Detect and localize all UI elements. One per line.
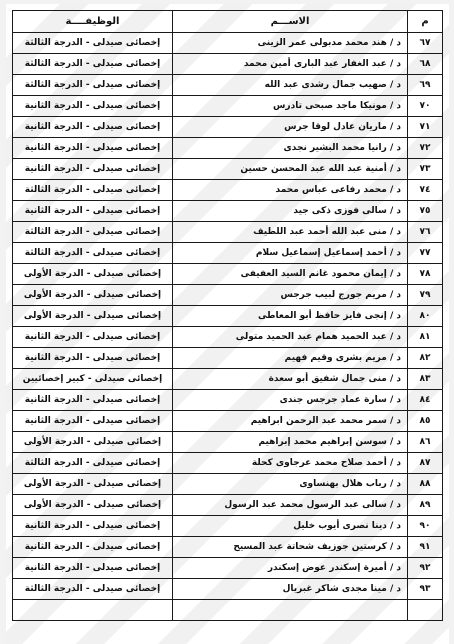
header-number: م — [408, 11, 443, 33]
row-job: إخصائى صيدلى - الدرجة الثانية — [13, 537, 173, 558]
row-number: ٧٩ — [408, 285, 443, 306]
row-name: د / هند محمد مدبولى عمر الزينى — [173, 33, 408, 54]
row-number: ٨٢ — [408, 348, 443, 369]
row-job: إخصائى صيدلى - الدرجة الأولى — [13, 306, 173, 327]
row-name: د / سارة عماد جرجس جندى — [173, 390, 408, 411]
table-row: ٧٠د / مونيكا ماجد صبحى تادرسإخصائى صيدلى… — [13, 96, 443, 117]
row-name: د / منى جمال شفيق أبو سعدة — [173, 369, 408, 390]
row-name: د / محمد رفاعى عباس محمد — [173, 180, 408, 201]
table-row: ٨٤د / سارة عماد جرجس جندىإخصائى صيدلى - … — [13, 390, 443, 411]
row-job: إخصائى صيدلى - الدرجة الثالثة — [13, 222, 173, 243]
row-name: د / دينا نصرى أيوب خليل — [173, 516, 408, 537]
table-row: ٧٦د / منى عبد الله أحمد عبد اللطيفإخصائى… — [13, 222, 443, 243]
row-number: ٩١ — [408, 537, 443, 558]
row-job: إخصائى صيدلى - الدرجة الأولى — [13, 495, 173, 516]
row-name: د / سالى عبد الرسول محمد عبد الرسول — [173, 495, 408, 516]
row-job: إخصائى صيدلى - الدرجة الثانية — [13, 558, 173, 579]
row-job: إخصائى صيدلى - الدرجة الأولى — [13, 285, 173, 306]
table-row: ٨٥د / سمر محمد عبد الرحمن ابراهيمإخصائى … — [13, 411, 443, 432]
row-number: ٧٤ — [408, 180, 443, 201]
row-job: إخصائى صيدلى - الدرجة الثانية — [13, 348, 173, 369]
table-row: ٩١د / كرستين جوزيف شحاتة عبد المسيحإخصائ… — [13, 537, 443, 558]
row-number: ٧٦ — [408, 222, 443, 243]
table-row: ٨٦د / سوسن إبراهيم محمد إبراهيمإخصائى صي… — [13, 432, 443, 453]
table-row: ٧٨د / إيمان محمود غانم السيد العفيفىإخصا… — [13, 264, 443, 285]
row-name: د / أمنية عبد الله عبد المحسن حسين — [173, 159, 408, 180]
row-job — [13, 600, 173, 621]
header-job: الوظيفــــة — [13, 11, 173, 33]
row-job: إخصائى صيدلى - الدرجة الثالثة — [13, 453, 173, 474]
table-row: ٧٩د / مريم جورج لبيب جرجسإخصائى صيدلى - … — [13, 285, 443, 306]
row-name: د / سمر محمد عبد الرحمن ابراهيم — [173, 411, 408, 432]
table-row: ٨٨د / رباب هلال بهنساوىإخصائى صيدلى - ال… — [13, 474, 443, 495]
row-number: ٨٩ — [408, 495, 443, 516]
row-job: إخصائى صيدلى - الدرجة الثانية — [13, 96, 173, 117]
table-row: ٨٢د / مريم بشرى وقيم فهيمإخصائى صيدلى - … — [13, 348, 443, 369]
row-job: إخصائى صيدلى - الدرجة الأولى — [13, 474, 173, 495]
row-number: ٦٧ — [408, 33, 443, 54]
table-row: ٧٥د / سالى فوزى ذكى جيدإخصائى صيدلى - ال… — [13, 201, 443, 222]
row-number: ٩٢ — [408, 558, 443, 579]
table-row: ٨٧د / أحمد صلاح محمد عرجاوى كحلةإخصائى ص… — [13, 453, 443, 474]
header-row: م الاســـم الوظيفــــة — [13, 11, 443, 33]
row-number: ٨٧ — [408, 453, 443, 474]
row-name: د / سوسن إبراهيم محمد إبراهيم — [173, 432, 408, 453]
row-job: إخصائى صيدلى - الدرجة الثالثة — [13, 75, 173, 96]
header-name: الاســـم — [173, 11, 408, 33]
row-number: ٨٨ — [408, 474, 443, 495]
row-number: ٧٠ — [408, 96, 443, 117]
row-number: ٦٨ — [408, 54, 443, 75]
row-number: ٧٣ — [408, 159, 443, 180]
row-name: د / مينا مجدى شاكر غبريال — [173, 579, 408, 600]
row-job: إخصائى صيدلى - الدرجة الثالثة — [13, 54, 173, 75]
row-name: د / عبد الغفار عبد البارى أمين محمد — [173, 54, 408, 75]
row-name: د / رانيا محمد البشير نجدى — [173, 138, 408, 159]
table-row: ٨٩د / سالى عبد الرسول محمد عبد الرسولإخص… — [13, 495, 443, 516]
row-name: د / مونيكا ماجد صبحى تادرس — [173, 96, 408, 117]
table-row: ٧١د / ماريان عادل لوقا جرسإخصائى صيدلى -… — [13, 117, 443, 138]
row-job: إخصائى صيدلى - الدرجة الثانية — [13, 327, 173, 348]
row-name: د / إنجى فايز حافظ أبو المعاطى — [173, 306, 408, 327]
row-name: د / سالى فوزى ذكى جيد — [173, 201, 408, 222]
table-row: ٧٤د / محمد رفاعى عباس محمدإخصائى صيدلى -… — [13, 180, 443, 201]
row-number: ٨٠ — [408, 306, 443, 327]
row-job: إخصائى صيدلى - الدرجة الأولى — [13, 432, 173, 453]
row-job: إخصائى صيدلى - الدرجة الثانية — [13, 159, 173, 180]
row-job: إخصائى صيدلى - الدرجة الأولى — [13, 264, 173, 285]
row-number: ٩٠ — [408, 516, 443, 537]
table-row: ٨٠د / إنجى فايز حافظ أبو المعاطىإخصائى ص… — [13, 306, 443, 327]
row-number: ٨٣ — [408, 369, 443, 390]
row-job: إخصائى صيدلى - الدرجة الثالثة — [13, 243, 173, 264]
table-row: ٦٧د / هند محمد مدبولى عمر الزينىإخصائى ص… — [13, 33, 443, 54]
row-job: إخصائى صيدلى - الدرجة الثالثة — [13, 180, 173, 201]
table-row: ٧٢د / رانيا محمد البشير نجدىإخصائى صيدلى… — [13, 138, 443, 159]
row-number: ٧٧ — [408, 243, 443, 264]
table-row: ٧٧د / أحمد إسماعيل إسماعيل سلامإخصائى صي… — [13, 243, 443, 264]
row-name: د / مريم جورج لبيب جرجس — [173, 285, 408, 306]
row-number: ٨٥ — [408, 411, 443, 432]
row-name — [173, 600, 408, 621]
document-page: م الاســـم الوظيفــــة ٦٧د / هند محمد مد… — [6, 4, 449, 637]
row-name: د / كرستين جوزيف شحاتة عبد المسيح — [173, 537, 408, 558]
row-number — [408, 600, 443, 621]
row-job: إخصائى صيدلى - الدرجة الثانية — [13, 516, 173, 537]
row-number: ٨٦ — [408, 432, 443, 453]
row-name: د / ماريان عادل لوقا جرس — [173, 117, 408, 138]
row-number: ٧٢ — [408, 138, 443, 159]
table-row: ٦٨د / عبد الغفار عبد البارى أمين محمدإخص… — [13, 54, 443, 75]
row-job: إخصائى صيدلى - الدرجة الثانية — [13, 201, 173, 222]
row-name: د / عبد الحميد همام عبد الحميد متولى — [173, 327, 408, 348]
row-name: د / رباب هلال بهنساوى — [173, 474, 408, 495]
row-number: ٩٣ — [408, 579, 443, 600]
row-name: د / أحمد إسماعيل إسماعيل سلام — [173, 243, 408, 264]
row-number: ٨١ — [408, 327, 443, 348]
table-row — [13, 600, 443, 621]
row-number: ٦٩ — [408, 75, 443, 96]
row-number: ٧٨ — [408, 264, 443, 285]
row-job: إخصائى صيدلى - كبير إخصائيين — [13, 369, 173, 390]
row-job: إخصائى صيدلى - الدرجة الثانية — [13, 117, 173, 138]
row-name: د / أميرة إسكندر عوض إسكندر — [173, 558, 408, 579]
row-name: د / منى عبد الله أحمد عبد اللطيف — [173, 222, 408, 243]
row-number: ٧٥ — [408, 201, 443, 222]
pharmacists-table: م الاســـم الوظيفــــة ٦٧د / هند محمد مد… — [12, 10, 443, 621]
row-job: إخصائى صيدلى - الدرجة الثانية — [13, 138, 173, 159]
row-name: د / أحمد صلاح محمد عرجاوى كحلة — [173, 453, 408, 474]
row-job: إخصائى صيدلى - الدرجة الثانية — [13, 390, 173, 411]
table-row: ٩٣د / مينا مجدى شاكر غبريالإخصائى صيدلى … — [13, 579, 443, 600]
row-job: إخصائى صيدلى - الدرجة الثالثة — [13, 33, 173, 54]
table-row: ٩٢د / أميرة إسكندر عوض إسكندرإخصائى صيدل… — [13, 558, 443, 579]
table-body: ٦٧د / هند محمد مدبولى عمر الزينىإخصائى ص… — [13, 33, 443, 621]
table-row: ٨١د / عبد الحميد همام عبد الحميد متولىإخ… — [13, 327, 443, 348]
row-name: د / إيمان محمود غانم السيد العفيفى — [173, 264, 408, 285]
row-name: د / مريم بشرى وقيم فهيم — [173, 348, 408, 369]
row-job: إخصائى صيدلى - الدرجة الثانية — [13, 411, 173, 432]
row-job: إخصائى صيدلى - الدرجة الثالثة — [13, 579, 173, 600]
row-number: ٨٤ — [408, 390, 443, 411]
table-row: ٧٣د / أمنية عبد الله عبد المحسن حسينإخصا… — [13, 159, 443, 180]
row-name: د / صهيب جمال رشدى عبد الله — [173, 75, 408, 96]
row-number: ٧١ — [408, 117, 443, 138]
table-row: ٩٠د / دينا نصرى أيوب خليلإخصائى صيدلى - … — [13, 516, 443, 537]
table-row: ٨٣د / منى جمال شفيق أبو سعدةإخصائى صيدلى… — [13, 369, 443, 390]
table-row: ٦٩د / صهيب جمال رشدى عبد اللهإخصائى صيدل… — [13, 75, 443, 96]
